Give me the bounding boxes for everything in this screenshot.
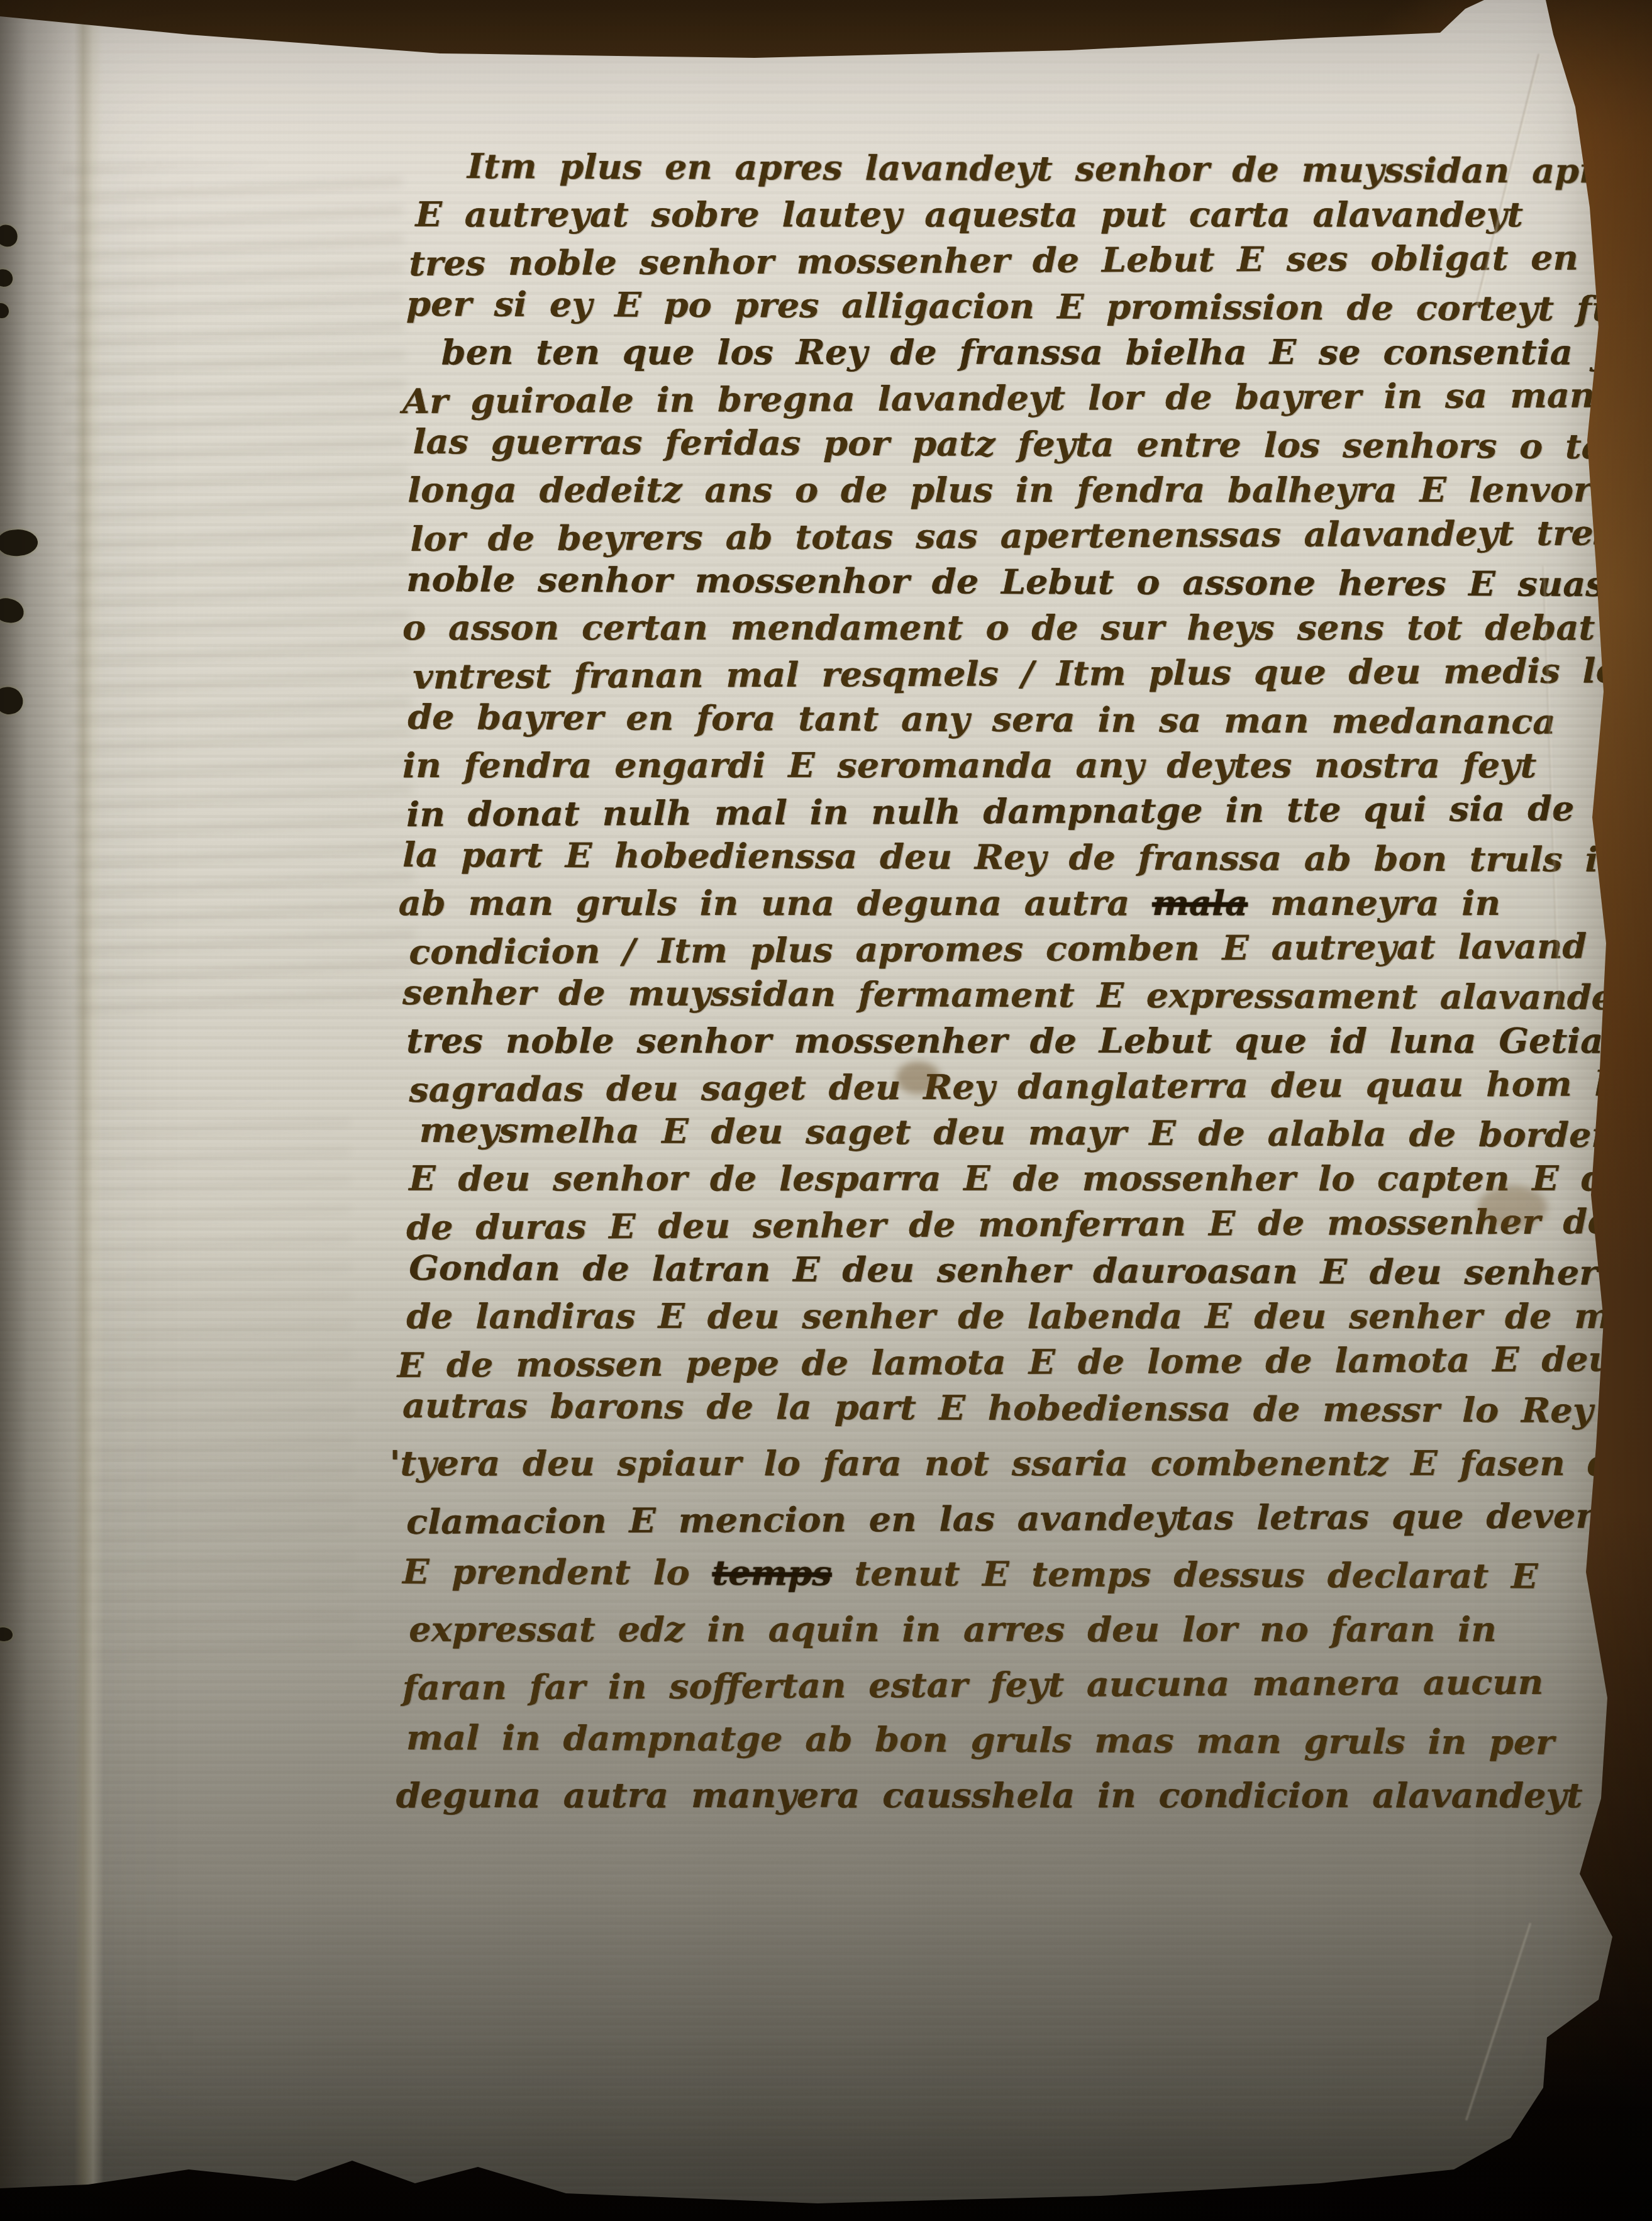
text-run: de duras E deu senher de monferran E de … [406,1201,1652,1248]
paper-crease [1465,1922,1532,2120]
text-line: lor de beyrers ab totas sas apertenenssa… [410,510,1620,562]
text-line: de bayrer en fora tant any sera in sa ma… [407,694,1620,745]
text-line: vntrest franan mal resqmels / Itm plus q… [413,648,1620,700]
text-run: senher de muyssidan fermament E expressa… [402,972,1650,1017]
manuscript-page: Itm plus en apres lavandeyt senhor de mu… [0,0,1652,2221]
text-line: de duras E deu senher de monferran E de … [406,1199,1621,1251]
text-run: tenut E temps dessus declarat E [832,1553,1538,1597]
text-run: ben ten que los Rey de franssa bielha E … [441,332,1652,372]
text-line: de landiras E deu senher de labenda E de… [406,1293,1620,1339]
text-line: E de mossen pepe de lamota E de lome de … [397,1336,1621,1388]
text-run: clamacion E mencion en las avandeytas le… [406,1495,1601,1542]
text-run: maneyra in [1248,883,1500,923]
ink-stain [896,1061,940,1094]
text-run: tres noble senhor mossenher de Lebut E s… [409,236,1652,284]
ink-stain [1478,1185,1547,1229]
text-run: o asson certan mendament o de sur heys s… [402,607,1595,648]
ink-smudge [0,223,19,248]
text-run: longa dedeitz ans o de plus in fendra ba… [407,470,1652,510]
text-run: E deu senhor de lesparra E de mossenher … [409,1158,1652,1199]
text-run: condicion / Itm plus apromes comben E au… [409,926,1587,972]
text-line: clamacion E mencion en las avandeytas le… [406,1493,1621,1545]
text-run: vntrest franan mal resqmels / Itm plus q… [413,650,1638,697]
text-run: ab man gruls in una deguna autra [399,883,1152,923]
text-run: noble senhor mossenhor de Lebut o assone… [406,559,1652,605]
text-line: faran far in soffertan estar feyt aucuna… [402,1659,1621,1711]
text-run: de landiras E deu senher de labenda E de… [406,1296,1652,1336]
ink-smudge [0,268,14,288]
text-line: Gondan de latran E deu senher dauroasan … [409,1245,1620,1296]
text-line: E autreyat sobre lautey aquesta put cart… [416,192,1621,238]
text-run: Itm plus en apres lavandeyt senhor de mu… [467,146,1652,192]
handwritten-text: Itm plus en apres lavandeyt senhor de mu… [402,146,1620,1819]
text-line: senher de muyssidan fermament E expressa… [402,970,1621,1021]
text-run: Gondan de latran E deu senher dauroasan … [409,1248,1598,1293]
text-run: autras barons de la part E hobedienssa d… [402,1385,1652,1431]
text-run: 'tyera deu spiaur lo fara not ssaria com… [389,1443,1634,1483]
text-run: E autreyat sobre lautey aquesta put cart… [416,194,1523,235]
struck-word: temps [712,1553,831,1593]
text-line: tres noble senhor mossenher de Lebut E s… [409,235,1620,287]
text-line: la part E hobedienssa deu Rey de franssa… [402,832,1621,883]
text-run: expressat edz in aquin in arres deu lor … [409,1609,1496,1649]
text-run: las guerras feridas por patz feyta entre… [413,421,1652,467]
text-line: las guerras feridas por patz feyta entre… [413,419,1620,470]
bleed-through-text [79,1099,355,1668]
text-line: noble senhor mossenhor de Lebut o assone… [406,557,1621,607]
text-run: E de mossen pepe de lamota E de lome de … [397,1339,1634,1385]
text-line: ben ten que los Rey de franssa bielha E … [441,330,1621,375]
text-run: tres noble senhor mossenher de Lebut que… [406,1021,1622,1061]
text-run: mal in dampnatge ab bon gruls mas man gr… [406,1717,1555,1763]
struck-word: mala [1152,883,1248,923]
text-run: la part E hobedienssa deu Rey de franssa… [402,834,1624,880]
text-line: E prendent lo temps tenut E temps dessus… [402,1549,1621,1600]
text-line: expressat edz in aquin in arres deu lor … [409,1607,1620,1653]
text-line: in fendra engardi E seromanda any deytes… [402,743,1620,789]
text-run: deguna autra manyera causshela in condic… [396,1775,1583,1815]
ink-smudge [0,528,39,558]
ink-smudge [0,1627,13,1641]
text-line: in donat nulh mal in nulh dampnatge in t… [406,785,1621,838]
text-run: E prendent lo [402,1551,712,1593]
text-run: de bayrer en fora tant any sera in sa ma… [407,697,1555,742]
ink-smudge [0,684,26,717]
text-line: Itm plus en apres lavandeyt senhor de mu… [467,143,1621,194]
text-run: sagradas deu saget deu Rey danglaterra d… [409,1063,1643,1110]
text-line: ab man gruls in una deguna autra mala ma… [399,880,1621,926]
ink-smudge [0,596,26,624]
text-run: faran far in soffertan estar feyt aucuna… [402,1662,1544,1708]
text-line: tres noble senhor mossenher de Lebut que… [406,1018,1620,1064]
text-line: mal in dampnatge ab bon gruls mas man gr… [406,1715,1621,1766]
text-line: 'tyera deu spiaur lo fara not ssaria com… [389,1441,1620,1487]
text-line: Ar guiroale in bregna lavandeyt lor de b… [402,372,1621,424]
ink-smudge [0,303,9,318]
text-line: o asson certan mendament o de sur heys s… [402,605,1620,651]
text-run: in donat nulh mal in nulh dampnatge in t… [406,788,1574,834]
text-line: meysmelha E deu saget deu mayr E de alab… [419,1107,1621,1158]
text-run: in fendra engardi E seromanda any deytes… [402,745,1536,785]
text-line: E deu senhor de lesparra E de mossenher … [409,1156,1620,1202]
text-run: Ar guiroale in bregna lavandeyt lor de b… [402,375,1652,421]
text-run: per si ey E po pres alligacion E promiss… [406,284,1636,329]
text-line: deguna autra manyera causshela in condic… [396,1773,1621,1819]
text-run: meysmelha E deu saget deu mayr E de alab… [419,1110,1617,1155]
text-line: per si ey E po pres alligacion E promiss… [406,281,1621,332]
text-line: condicion / Itm plus apromes comben E au… [409,923,1620,975]
bleed-through-text [62,160,416,1015]
manuscript-photo: Itm plus en apres lavandeyt senhor de mu… [0,0,1652,2221]
text-line: autras barons de la part E hobedienssa d… [402,1383,1621,1434]
text-line: sagradas deu saget deu Rey danglaterra d… [409,1061,1620,1113]
text-run: lor de beyrers ab totas sas apertenenssa… [410,512,1613,559]
text-line: longa dedeitz ans o de plus in fendra ba… [407,467,1620,513]
